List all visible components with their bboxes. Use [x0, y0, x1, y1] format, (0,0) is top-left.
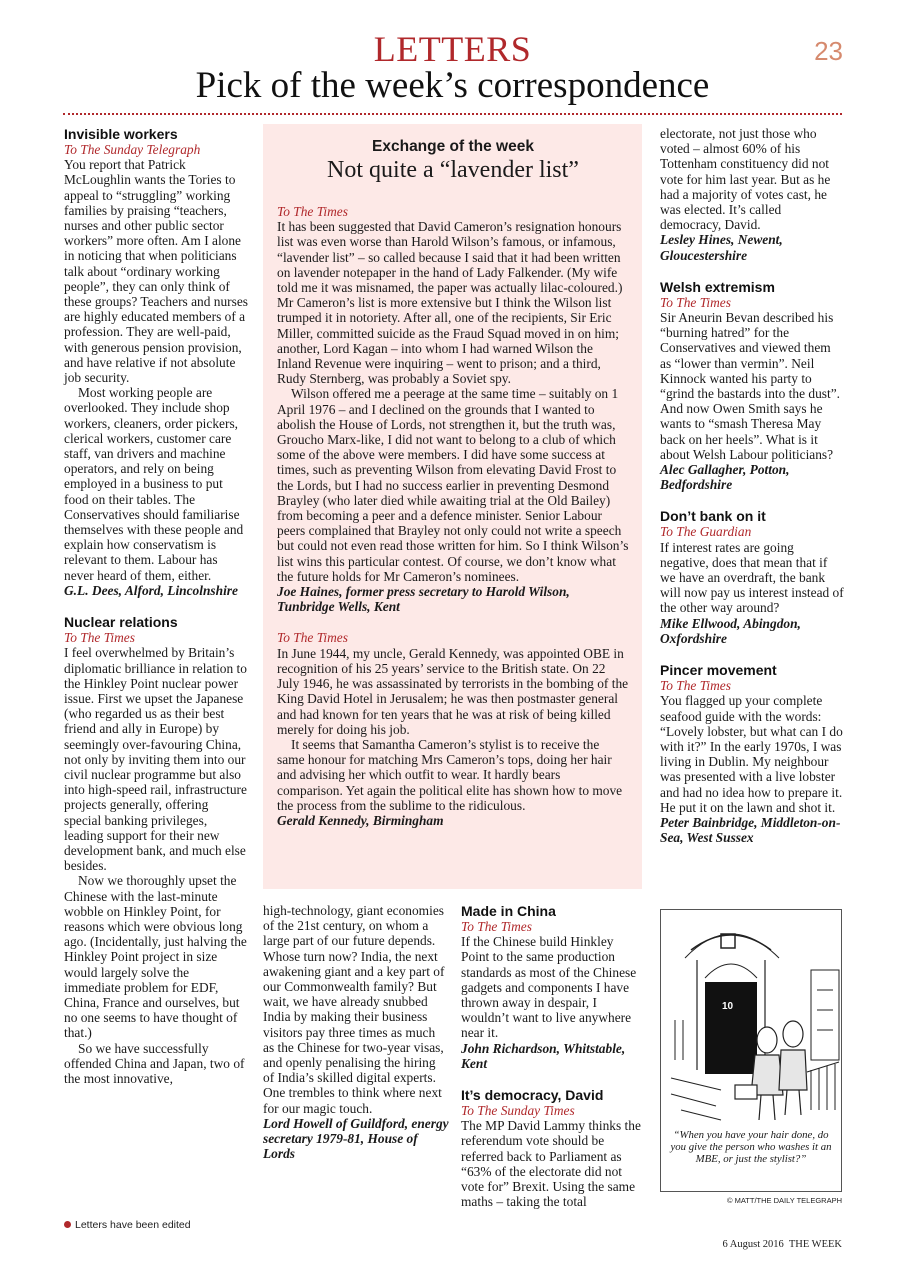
exchange-of-the-week-box: Exchange of the week Not quite a “lavend… [263, 124, 642, 889]
letter-source: To The Times [277, 630, 629, 645]
exchange-kicker: Exchange of the week [277, 138, 629, 156]
letter-source: To The Times [660, 678, 844, 693]
bullet-dot-icon [64, 1221, 71, 1228]
letter-invisible-workers: Invisible workers To The Sunday Telegrap… [64, 126, 248, 598]
letter-paragraph: I feel overwhelmed by Britain’s diplomat… [64, 645, 248, 873]
letter-paragraph: It has been suggested that David Cameron… [277, 219, 629, 386]
letter-signature: John Richardson, Whitstable, Kent [461, 1041, 645, 1071]
letter-signature: Alec Gallagher, Potton, Bedfordshire [660, 462, 844, 492]
letter-signature: G.L. Dees, Alford, Lincolnshire [64, 583, 248, 598]
editorial-note-text: Letters have been edited [75, 1219, 191, 1231]
letter-paragraph: It seems that Samantha Cameron’s stylist… [277, 737, 629, 813]
editorial-note: Letters have been edited [64, 1219, 191, 1231]
letter-nuclear-relations: Nuclear relations To The Times I feel ov… [64, 614, 248, 1086]
letter-heading: Invisible workers [64, 126, 248, 142]
exchange-title: Not quite a “lavender list” [277, 156, 629, 184]
page-title: Pick of the week’s correspondence [0, 66, 905, 106]
issue-footer: 6 August 2016 THE WEEK [723, 1239, 842, 1250]
letter-democracy-david: It’s democracy, David To The Sunday Time… [461, 1087, 645, 1209]
letter-dont-bank-on-it: Don’t bank on it To The Guardian If inte… [660, 508, 844, 646]
letter-signature: Joe Haines, former press secretary to Ha… [277, 584, 629, 614]
letter-paragraph: So we have successfully offended China a… [64, 1041, 248, 1087]
letter-paragraph: In June 1944, my uncle, Gerald Kennedy, … [277, 646, 629, 737]
letter-heading: It’s democracy, David [461, 1087, 645, 1103]
cartoon-illustration-icon: 10 [661, 910, 841, 1125]
letter-heading: Welsh extremism [660, 279, 844, 295]
cartoon-frame: 10 “When you have your hair done, [660, 909, 842, 1192]
letter-paragraph: Most working people are overlooked. They… [64, 385, 248, 583]
cartoon-credit: © MATT/THE DAILY TELEGRAPH [660, 1196, 842, 1205]
letter-made-in-china: Made in China To The Times If the Chines… [461, 903, 645, 1071]
letter-source: To The Times [64, 630, 248, 645]
letter-source: To The Sunday Telegraph [64, 142, 248, 157]
letter-signature: Mike Ellwood, Abingdon, Oxfordshire [660, 616, 844, 646]
exchange-letter-2: To The Times In June 1944, my uncle, Ger… [277, 630, 629, 828]
letter-source: To The Times [277, 204, 629, 219]
letter-source: To The Times [660, 295, 844, 310]
header-divider [63, 113, 842, 115]
letter-source: To The Guardian [660, 524, 844, 539]
letter-paragraph: Now we thoroughly upset the Chinese with… [64, 873, 248, 1040]
letter-source: To The Sunday Times [461, 1103, 645, 1118]
letter-signature: Lesley Hines, Newent, Gloucestershire [660, 232, 844, 262]
letter-paragraph: If the Chinese build Hinkley Point to th… [461, 934, 645, 1040]
letter-paragraph: Sir Aneurin Bevan described his “burning… [660, 310, 844, 462]
letter-heading: Nuclear relations [64, 614, 248, 630]
exchange-letter-1: To The Times It has been suggested that … [277, 204, 629, 614]
page-number: 23 [814, 36, 843, 67]
letter-paragraph: Wilson offered me a peerage at the same … [277, 386, 629, 584]
letter-signature: Lord Howell of Guildford, energy secreta… [263, 1116, 449, 1162]
letter-source: To The Times [461, 919, 645, 934]
letter-heading: Made in China [461, 903, 645, 919]
section-title: LETTERS [0, 30, 905, 68]
column-2: high-technology, giant economies of the … [263, 903, 449, 1161]
letter-welsh-extremism: Welsh extremism To The Times Sir Aneurin… [660, 279, 844, 493]
letter-paragraph: You report that Patrick McLoughlin wants… [64, 157, 248, 385]
svg-text:10: 10 [722, 1001, 734, 1012]
letter-paragraph-continued: high-technology, giant economies of the … [263, 903, 449, 1116]
letter-signature: Gerald Kennedy, Birmingham [277, 813, 629, 828]
letter-paragraph-continued: electorate, not just those who voted – a… [660, 126, 844, 232]
cartoon-caption: “When you have your hair done, do you gi… [669, 1129, 833, 1165]
column-3: Made in China To The Times If the Chines… [461, 903, 645, 1209]
letter-signature: Peter Bainbridge, Middleton-on-Sea, West… [660, 815, 844, 845]
column-1: Invisible workers To The Sunday Telegrap… [64, 126, 248, 1086]
letter-paragraph: The MP David Lammy thinks the referendum… [461, 1118, 645, 1209]
column-4: electorate, not just those who voted – a… [660, 126, 844, 845]
letter-pincer-movement: Pincer movement To The Times You flagged… [660, 662, 844, 845]
letter-paragraph: If interest rates are going negative, do… [660, 540, 844, 616]
letter-heading: Don’t bank on it [660, 508, 844, 524]
letter-paragraph: You flagged up your complete seafood gui… [660, 693, 844, 815]
letter-heading: Pincer movement [660, 662, 844, 678]
